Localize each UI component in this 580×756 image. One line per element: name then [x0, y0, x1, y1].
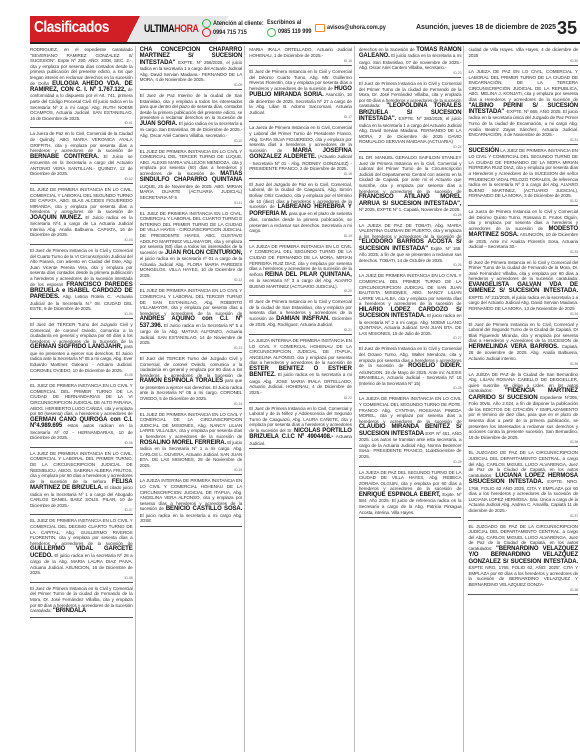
notice-body-pre: EL JUEZ DE PRIMERA INSTANCIA EN LO CIVIL… — [140, 211, 243, 255]
legal-notice: LA JUEZA DE PRIMERA INSTANCIA EN LO CIVI… — [359, 395, 462, 466]
header-divider — [30, 42, 580, 44]
page-number: 35 — [557, 18, 577, 39]
legal-notice: LA JUEZA INTERINA DE PRIMERA INSTANCIA E… — [249, 337, 352, 403]
notice-code: ID-17 — [249, 115, 352, 119]
legal-notice: EL JUEZ DE PRIMERA INSTANCIA EN LO CIVIL… — [140, 210, 243, 286]
notice-body-pre: EL DR. MANUEL GERALDO SAIFILDIN STANLEY … — [359, 155, 462, 194]
notice-code: ID-20 — [249, 289, 352, 293]
notice-deceased-name: EVANGELISTA GALVAN VDA DE GIMENEZ S/ SUC… — [468, 282, 578, 294]
notice-deceased-name: RAMON ESPINOLA TORALES — [140, 378, 223, 384]
notice-code: ID-04 — [30, 312, 133, 316]
notice-code: ID-21 — [249, 328, 352, 332]
legal-notice: LA JUEZA DE PRIMERA INSTANCIA EN LO CIVI… — [249, 243, 352, 297]
legal-notice: EL JUEZ DE PRIMERA INSTANCIA EN LO CIVIL… — [140, 287, 243, 353]
notice-body-pre: EL JUEZ DE PRIMERA INSTANCIA EN LO CIVIL… — [140, 288, 243, 315]
notice-body-post: Expediente Nº305, Folio 30vto, Año 2.024… — [468, 395, 578, 440]
notice-body-pre: El Juez del TERCER Turno del Juzgado Civ… — [140, 356, 243, 378]
notice-code: ID-08 — [30, 576, 133, 580]
notice-body-post: LA JUEZ DE PRIMERA INSTANCIA EN LO CIVIL… — [468, 148, 578, 199]
notice-code: ID-34 — [468, 312, 578, 316]
notice-code: ID-22 — [249, 396, 352, 400]
legal-notice: LA JUEZA DE PAZ de la Ciudad de San Bern… — [468, 371, 578, 448]
legal-notice: El Juez de Primera Instancia en lo Civil… — [468, 259, 578, 319]
legal-notice: RODRIGUEZ, en el expediente caratulado "… — [30, 46, 133, 128]
legal-notice: ciudad de Villa Hayes. Villa Hayes, 4 de… — [468, 46, 578, 66]
notice-deceased-name: FRANCISCO ATILANO MOREL ARRUA S/ SUCESIO… — [359, 194, 462, 206]
notice-body-pre: El Juez del TERCER Turno del Juzgado Civ… — [30, 322, 133, 344]
legal-notice: El Juez de Primera Instancia en lo Civil… — [359, 80, 462, 152]
legal-notice: El Juez de Primera Instancia en lo Civil… — [30, 585, 133, 618]
notice-code: ID-11 — [140, 201, 243, 205]
legal-notice: LA JUEZ DE PRIMERA INSTANCIA EN LO CIVIL… — [30, 450, 133, 516]
legal-notice: CHA CONCEPCION CHAPARRO MARTINEZ S/ SUCE… — [140, 46, 243, 90]
whatsapp-icon — [267, 28, 276, 37]
notice-body-post: EXPTE. Nº 211/2025, el juicio radica en … — [468, 295, 578, 311]
notice-code: ID-30 — [468, 59, 578, 63]
legal-notice: El Juez de Primera Instancia en lo Civil… — [359, 345, 462, 393]
notice-code: ID-26 — [359, 263, 462, 267]
legal-notice: SUCESIÓN LA JUEZ DE PRIMERA INSTANCIA EN… — [468, 147, 578, 206]
notice-code: ID-16 — [249, 59, 352, 63]
legal-notice: EL JUZGADO DE PAZ DE LA CIRCUNSCRIPCION … — [468, 523, 578, 595]
legal-notice: EL JUEZ DE PRIMERA INSTANCIA EN LO CIVIL… — [30, 186, 133, 245]
notice-body-pre: MARIA IRALA ORTELLADO, Actuario Judicial… — [249, 47, 352, 58]
notice-deceased-name: REINA DEL PILAR QUINTANA, — [265, 272, 352, 278]
notice-code: ID-37 — [468, 514, 578, 518]
notice-body-pre: EL JUEZ DE PRIMERA INSTANCIA EN LO CIVIL… — [140, 412, 243, 439]
legal-notice: LA JUEZA INTERINA DE PRIMERA INSTANCIA E… — [140, 477, 243, 527]
notice-deceased-name: JUAN SORIA. — [140, 121, 178, 127]
legal-notice: LA JUEZ DE PRIMERA INSTANCIA EN LO CIVIL… — [359, 272, 462, 343]
section-banner: Clasificados — [30, 16, 140, 42]
legal-notice: EL JUEZ DE PRIMERA INSTANCIA EN LO CIVIL… — [30, 517, 133, 583]
notice-code: ID-24 — [359, 145, 462, 149]
notice-body-pre: LA JUEZA DE PRIMERA INSTANCIA EN LO CIVI… — [359, 396, 462, 423]
legal-notice: El Juez de Paz Interino de la ciudad de … — [140, 92, 243, 146]
notice-body-post: ASUNCION, 19 de Mayo de 2025. Ante mi: A… — [359, 370, 462, 386]
notice-code: ID-31 — [468, 138, 578, 142]
legal-notice: El Juez de Primera Instancia en lo Civil… — [249, 405, 352, 450]
notice-body-pre: LA JUEZA DE PAZ DEL SEGUNDO TURNO DE LA … — [359, 470, 462, 492]
notice-body-post: en la secretaría Nº 3 a cargo del Abg. A… — [249, 278, 352, 289]
whatsapp-contact: Escribinos al 0985 119 999 — [267, 19, 317, 37]
legal-notice: El Juez del TERCER Turno del Juzgado Civ… — [140, 355, 243, 409]
notice-body-pre: EL JUEZ DE PRIMERA INSTANCIA EN LO CIVIL… — [30, 187, 133, 214]
notice-body-pre: LA JUEZ DE PRIMERA INSTANCIA EN LO CIVIL… — [359, 273, 462, 306]
notice-code: ID-29 — [359, 460, 462, 464]
legal-notice: EL JUEZ DE PRIMERA INSTANCIA EN LO CIVIL… — [140, 148, 243, 208]
notice-body-post: LUQUE, 25 de Noviembre de 2025. ABG. MIR… — [140, 184, 243, 200]
notice-body-pre: El Juez de Primera Instancia en lo Civil… — [468, 322, 578, 344]
notice-code: ID-10 — [140, 139, 243, 143]
legal-notice: La Jueza de Primera Instancia en lo Civi… — [468, 208, 578, 257]
notice-body-pre: La Jueza de Paz en lo Civil, Comercial d… — [30, 131, 133, 153]
legal-notice: El Juez del TERCER Turno del Juzgado Civ… — [30, 321, 133, 380]
email-contact: avisos@uhora.com.py — [315, 24, 396, 33]
phone-icon — [202, 28, 211, 37]
notice-deceased-name: DAMIAN INSFRAN. — [276, 316, 330, 322]
legal-notice: LA JUEZA DE PAZ EN LO CIVIL, COMERCIAL Y… — [468, 68, 578, 145]
legal-notice: MARIA IRALA ORTELLADO, Actuario Judicial… — [249, 46, 352, 66]
section-title: Clasificados — [34, 19, 109, 37]
mail-icon — [315, 24, 325, 32]
notice-code: ID-15 — [140, 468, 243, 472]
legal-notice: EL JUZGADO DE PAZ DE LA CIRCUNSCRIPCION … — [468, 449, 578, 520]
notice-body-pre: EL JUEZ DE PRIMERA INSTANCIA EN LO CIVIL… — [30, 383, 133, 416]
notice-deceased-name: BERNABE CONTRERA. — [30, 154, 99, 160]
notice-body-post: el juicio radica en la secretaría nº 01 … — [140, 256, 243, 278]
notice-body-pre: El Juez de Primera Instancia en lo Civil… — [468, 260, 578, 282]
legal-notice: El Juez del Juzgado de Paz en lo Civil, … — [249, 181, 352, 241]
notice-code: ID-12 — [140, 278, 243, 282]
notice-deceased-name: ROSALINO MOREL FERREIRA. — [140, 440, 227, 446]
page-header: Clasificados ULTIMAHORA Atención al clie… — [30, 16, 580, 42]
notice-body-pre: LA JUEZA DE PAZ DE TOBATI, Abg. MARIA VA… — [359, 223, 462, 239]
notice-body-pre: EL JUEZ DE PRIMERA INSTANCIA EN LO CIVIL… — [30, 518, 133, 545]
column-4: derechos en la Sucesión de TOMAS RAMON G… — [359, 46, 465, 752]
notice-code: ID-38 — [468, 588, 578, 592]
notice-code: ID-28 — [359, 386, 462, 390]
email-address: avisos@uhora.com.py — [327, 24, 386, 32]
notice-deceased-name: HERMELINDA VERA BARRIOS. — [468, 344, 558, 350]
column-2: CHA CONCEPCION CHAPARRO MARTINEZ S/ SUCE… — [140, 46, 246, 752]
notice-deceased-name: "BRINDALA — [53, 608, 86, 614]
classifieds-columns: RODRIGUEZ, en el expediente caratulado "… — [30, 46, 580, 752]
whatsapp-icon — [202, 19, 211, 28]
notice-code: ID-33 — [468, 250, 578, 254]
notice-code: ID-35 — [468, 362, 578, 366]
column-1: RODRIGUEZ, en el expediente caratulado "… — [30, 46, 136, 752]
legal-notice: EL JUEZ DE PRIMERA INSTANCIA EN LO CIVIL… — [30, 382, 133, 448]
notice-body-post: EXPTE NRO. 1765, FOLIO 62, AÑO: 2025". C… — [468, 565, 578, 587]
notice-deceased-name: ROGELIO DIDIER. — [408, 363, 461, 369]
notice-code: ID-03 — [30, 238, 133, 242]
legal-notice: El Juez de Primera Instancia en lo Civil… — [249, 298, 352, 335]
legal-notice: La Jueza de Paz en lo Civil, Comercial d… — [30, 130, 133, 184]
legal-notice: La Jueza de Primera Instancia en lo Civi… — [249, 124, 352, 178]
column-3: MARIA IRALA ORTELLADO, Actuario Judicial… — [249, 46, 355, 752]
notice-deceased-name: JOAQUIN MUÑEZ. — [30, 215, 82, 221]
notice-code: ID-27 — [359, 336, 462, 340]
notice-code: ID-14 — [140, 402, 243, 406]
notice-code: ID-05 — [30, 373, 133, 377]
legal-notice: El Juez de Primera Instancia en lo Civil… — [30, 247, 133, 319]
whatsapp-phone: 0985 119 999 — [278, 28, 311, 36]
notice-body-pre: LA JUEZA INTERINA DE PRIMERA INSTANCIA E… — [249, 338, 352, 365]
notice-code: ID-01 — [30, 121, 133, 125]
legal-notice: El Juez de Primera Instancia en lo Civil… — [468, 321, 578, 369]
whatsapp-label: Escribinos al — [267, 19, 301, 27]
notice-deceased-name: JUAN ROLON CENTURION, — [165, 250, 242, 256]
notice-code: ID-09 — [140, 83, 243, 87]
legal-notice: LA JUEZA DE PAZ DE TOBATI, Abg. MARIA VA… — [359, 222, 462, 271]
notice-body-pre: derechos en la Sucesión de — [359, 47, 415, 52]
notice-body-pre: El Juez de Paz Interino de la ciudad de … — [140, 93, 243, 120]
notice-deceased-name: GERMAN SIGFRIDO LANGJAHR, — [30, 344, 122, 350]
notice-code: ID-23 — [359, 71, 462, 75]
notice-code: ID-25 — [359, 213, 462, 217]
customer-service-contact: Atención al cliente: 0994 715 715 — [202, 19, 273, 37]
notice-deceased-name: BENICIO CASTILLO SOSA. — [166, 506, 242, 512]
notice-code: ID-32 — [468, 199, 578, 203]
logo-part-1: ULTIMA — [144, 23, 174, 35]
customer-service-label: Atención al cliente: — [213, 20, 264, 28]
logo-part-2: HORA — [174, 23, 198, 35]
notice-code: ID-19 — [249, 234, 352, 238]
column-5: ciudad de Villa Hayes. Villa Hayes, 4 de… — [468, 46, 580, 752]
notice-code: ID-07 — [30, 508, 133, 512]
notice-body-post: El juicio radica en la secretaría a mi c… — [140, 513, 243, 524]
notice-code: ID-02 — [30, 177, 133, 181]
legal-notice: derechos en la Sucesión de TOMAS RAMON G… — [359, 46, 462, 78]
notice-body-pre: ciudad de Villa Hayes. Villa Hayes, 4 de… — [468, 47, 578, 58]
notice-body-post: Nº 2025, EXPTE Nº 1. Capiatá, Noviembre … — [359, 207, 461, 212]
notice-deceased-name: ENRIQUE ESPINOLA EBERT, — [359, 492, 441, 498]
legal-notice: EL DR. MANUEL GERALDO SAIFILDIN STANLEY … — [359, 154, 462, 220]
legal-notice: EL JUEZ DE PRIMERA INSTANCIA EN LO CIVIL… — [140, 411, 243, 476]
notice-code: ID-13 — [140, 346, 243, 350]
publication-date: Asunción, jueves 18 de diciembre de 2025 — [416, 24, 556, 31]
notice-deceased-name: SUCESIÓN — [468, 148, 499, 154]
legal-notice: El Juez de Primera Instancia en lo Civil… — [249, 68, 352, 122]
notice-code: ID-36 — [468, 440, 578, 444]
customer-service-phone: 0994 715 715 — [213, 29, 247, 37]
legal-notice: LA JUEZA DE PAZ DEL SEGUNDO TURNO DE LA … — [359, 469, 462, 519]
notice-code: ID-06 — [30, 441, 133, 445]
notice-body-pre: LA JUEZA DE PAZ EN LO CIVIL, COMERCIAL Y… — [468, 69, 578, 102]
notice-code: ID-18 — [249, 172, 352, 176]
